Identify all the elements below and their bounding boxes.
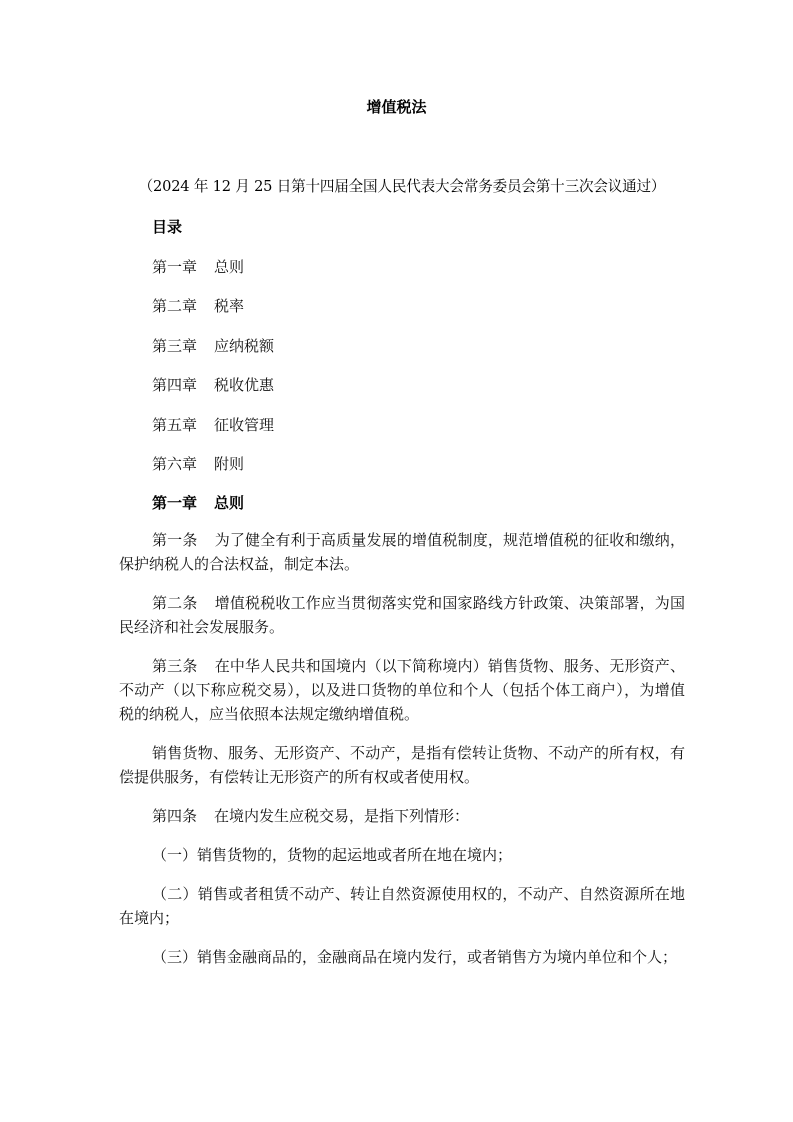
article-paragraph: 销售货物、服务、无形资产、不动产，是指有偿转让货物、不动产的所有权，有偿提供服务… bbox=[119, 741, 685, 789]
toc-chapter-name: 税率 bbox=[214, 297, 244, 315]
chapter-number: 第一章 bbox=[152, 494, 197, 512]
toc-item[interactable]: 第二章税率 bbox=[152, 295, 244, 316]
document-title: 增值税法 bbox=[0, 96, 793, 117]
toc-item[interactable]: 第一章总则 bbox=[152, 256, 244, 277]
chapter-name: 总则 bbox=[214, 494, 244, 512]
toc-chapter-name: 总则 bbox=[214, 258, 244, 276]
article-paragraph: 第四条在境内发生应税交易，是指下列情形： bbox=[119, 804, 685, 828]
toc-chapter-number: 第五章 bbox=[152, 416, 197, 434]
chapter-heading: 第一章总则 bbox=[152, 492, 244, 513]
document-page: 增值税法 （2024 年 12 月 25 日第十四届全国人民代表大会常务委员会第… bbox=[0, 0, 793, 1122]
article-label: 第一条 bbox=[152, 531, 198, 549]
toc-chapter-number: 第六章 bbox=[152, 455, 197, 473]
article-text: 增值税税收工作应当贯彻落实党和国家路线方针政策、决策部署，为国民经济和社会发展服… bbox=[119, 594, 685, 636]
toc-item[interactable]: 第三章应纳税额 bbox=[152, 335, 274, 356]
article-text: （三）销售金融商品的，金融商品在境内发行，或者销售方为境内单位和个人； bbox=[152, 948, 677, 966]
article-paragraph: 第二条增值税税收工作应当贯彻落实党和国家路线方针政策、决策部署，为国民经济和社会… bbox=[119, 591, 685, 639]
document-subtitle: （2024 年 12 月 25 日第十四届全国人民代表大会常务委员会第十三次会议… bbox=[119, 175, 685, 196]
toc-chapter-number: 第四章 bbox=[152, 376, 197, 394]
toc-chapter-name: 附则 bbox=[214, 455, 244, 473]
toc-chapter-name: 应纳税额 bbox=[214, 337, 274, 355]
toc-chapter-number: 第一章 bbox=[152, 258, 197, 276]
article-label: 第四条 bbox=[152, 807, 197, 825]
article-item: （三）销售金融商品的，金融商品在境内发行，或者销售方为境内单位和个人； bbox=[119, 945, 685, 969]
article-text: 销售货物、服务、无形资产、不动产，是指有偿转让货物、不动产的所有权，有偿提供服务… bbox=[119, 744, 685, 786]
toc-chapter-name: 税收优惠 bbox=[214, 376, 274, 394]
toc-item[interactable]: 第四章税收优惠 bbox=[152, 374, 274, 395]
toc-chapter-name: 征收管理 bbox=[214, 416, 274, 434]
article-item: （二）销售或者租赁不动产、转让自然资源使用权的，不动产、自然资源所在地在境内； bbox=[119, 882, 685, 930]
toc-chapter-number: 第三章 bbox=[152, 337, 197, 355]
article-paragraph: 第三条在中华人民共和国境内（以下简称境内）销售货物、服务、无形资产、不动产（以下… bbox=[119, 654, 685, 726]
article-text: （一）销售货物的，货物的起运地或者所在地在境内； bbox=[152, 846, 512, 864]
article-text: （二）销售或者租赁不动产、转让自然资源使用权的，不动产、自然资源所在地在境内； bbox=[119, 885, 685, 927]
article-paragraph: 第一条为了健全有利于高质量发展的增值税制度，规范增值税的征收和缴纳，保护纳税人的… bbox=[119, 528, 685, 576]
article-text: 在境内发生应税交易，是指下列情形： bbox=[214, 807, 469, 825]
toc-item[interactable]: 第六章附则 bbox=[152, 453, 244, 474]
toc-heading: 目录 bbox=[152, 216, 182, 237]
toc-chapter-number: 第二章 bbox=[152, 297, 197, 315]
article-label: 第二条 bbox=[152, 594, 198, 612]
article-label: 第三条 bbox=[152, 657, 198, 675]
article-item: （一）销售货物的，货物的起运地或者所在地在境内； bbox=[119, 843, 685, 867]
toc-item[interactable]: 第五章征收管理 bbox=[152, 414, 274, 435]
article-text: 为了健全有利于高质量发展的增值税制度，规范增值税的征收和缴纳，保护纳税人的合法权… bbox=[119, 531, 685, 573]
article-text: 在中华人民共和国境内（以下简称境内）销售货物、服务、无形资产、不动产（以下称应税… bbox=[119, 657, 685, 723]
